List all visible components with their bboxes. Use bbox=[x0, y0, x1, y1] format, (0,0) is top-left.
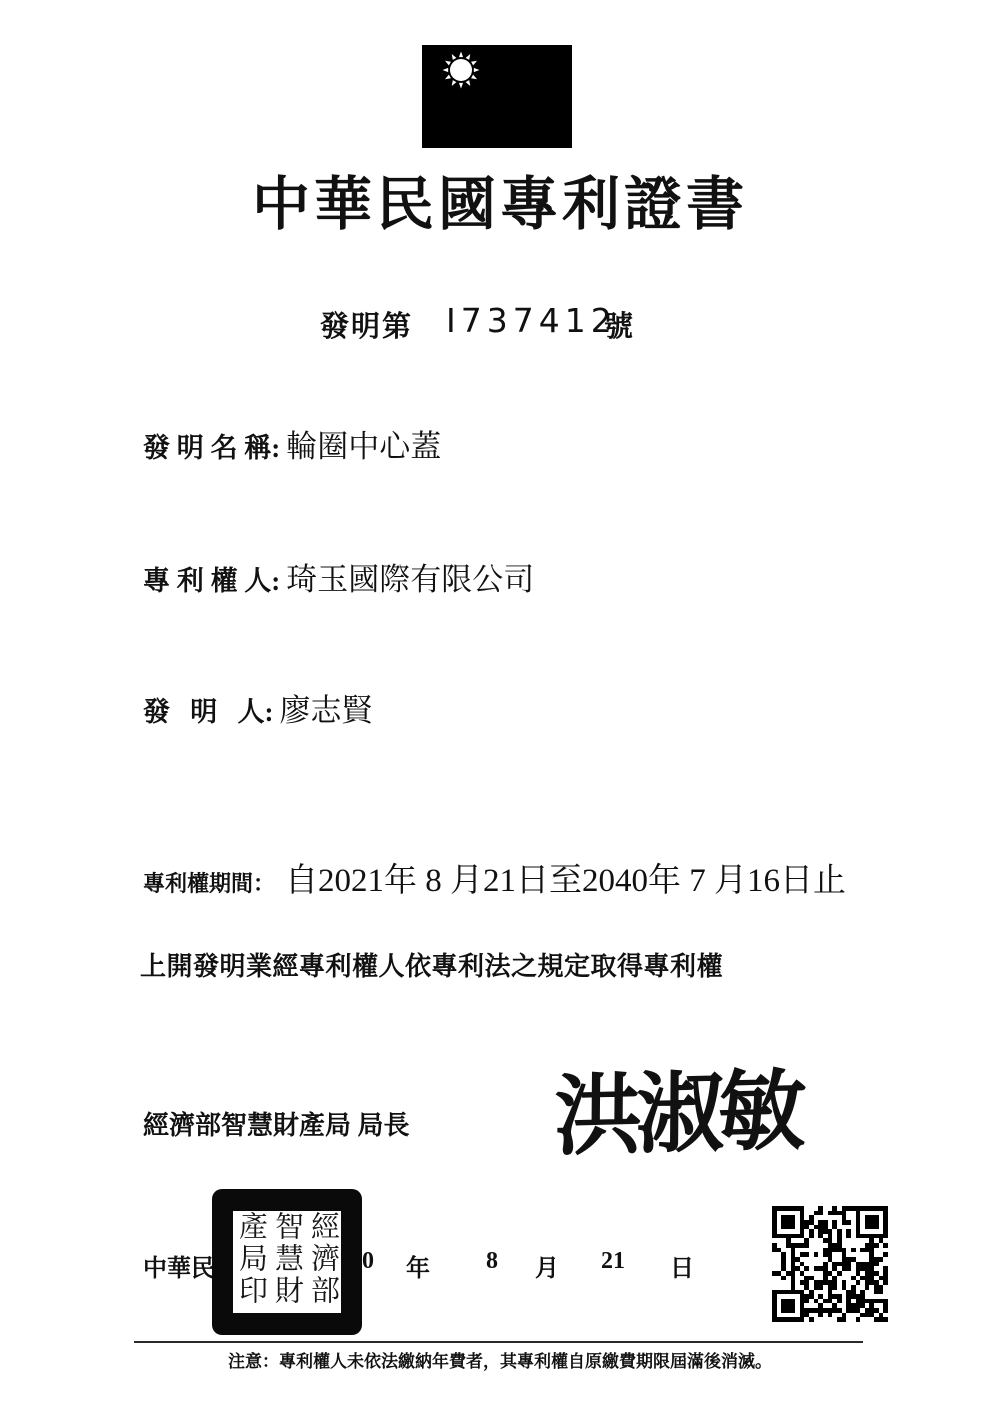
patent-term-label: 專利權期間： bbox=[143, 871, 275, 896]
official-seal: 經濟部智慧財產局印 bbox=[212, 1189, 362, 1335]
patent-term-value: 自2021年 8 月21日至2040年 7 月16日止 bbox=[285, 863, 846, 899]
date-month: 8 bbox=[486, 1248, 498, 1275]
date-day: 21 bbox=[601, 1248, 625, 1275]
date-month-unit: 月 bbox=[535, 1248, 559, 1283]
patent-number-suffix: 號 bbox=[604, 304, 633, 345]
date-year-digit: 0 bbox=[362, 1248, 374, 1275]
invention-name-value: 輪圈中心蓋 bbox=[286, 429, 441, 464]
certificate-title: 中華民國專利證書 bbox=[0, 172, 1000, 238]
patent-number-prefix: 發明第 bbox=[320, 304, 413, 345]
footer-divider bbox=[134, 1341, 863, 1343]
date-day-unit: 日 bbox=[670, 1248, 694, 1283]
patentee-value: 琦玉國際有限公司 bbox=[286, 562, 534, 597]
qr-code bbox=[772, 1206, 888, 1322]
field-patent-term: 專利權期間：自2021年 8 月21日至2040年 7 月16日止 bbox=[143, 854, 846, 901]
field-invention-name: 發 明 名 稱:輪圈中心蓋 bbox=[143, 421, 441, 466]
patent-certificate-page: 中華民國專利證書 發明第 I737412 號 發 明 名 稱:輪圈中心蓋 專 利… bbox=[0, 0, 1000, 1415]
flag-sun-icon bbox=[422, 45, 572, 148]
seal-script-text: 經濟部智慧財產局印 bbox=[233, 1211, 341, 1313]
legal-statement: 上開發明業經專利權人依專利法之規定取得專利權 bbox=[140, 946, 723, 983]
date-year-unit: 年 bbox=[406, 1248, 430, 1283]
patent-number-value: I737412 bbox=[446, 301, 617, 340]
director-signature: 洪淑敏 bbox=[554, 1063, 801, 1169]
inventor-label: 發 明 人: bbox=[143, 697, 274, 727]
seal-inner-face: 經濟部智慧財產局印 bbox=[233, 1211, 341, 1313]
patentee-label: 專 利 權 人: bbox=[143, 566, 280, 596]
issuing-office-title: 經濟部智慧財產局 局長 bbox=[143, 1105, 410, 1142]
field-patentee: 專 利 權 人:琦玉國際有限公司 bbox=[143, 554, 534, 599]
invention-name-label: 發 明 名 稱: bbox=[143, 433, 280, 463]
roc-flag bbox=[422, 45, 572, 148]
field-inventor: 發 明 人:廖志賢 bbox=[143, 685, 373, 730]
footer-note: 注意：專利權人未依法繳納年費者，其專利權自原繳費期限屆滿後消滅。 bbox=[0, 1347, 1000, 1372]
inventor-value: 廖志賢 bbox=[280, 693, 373, 728]
